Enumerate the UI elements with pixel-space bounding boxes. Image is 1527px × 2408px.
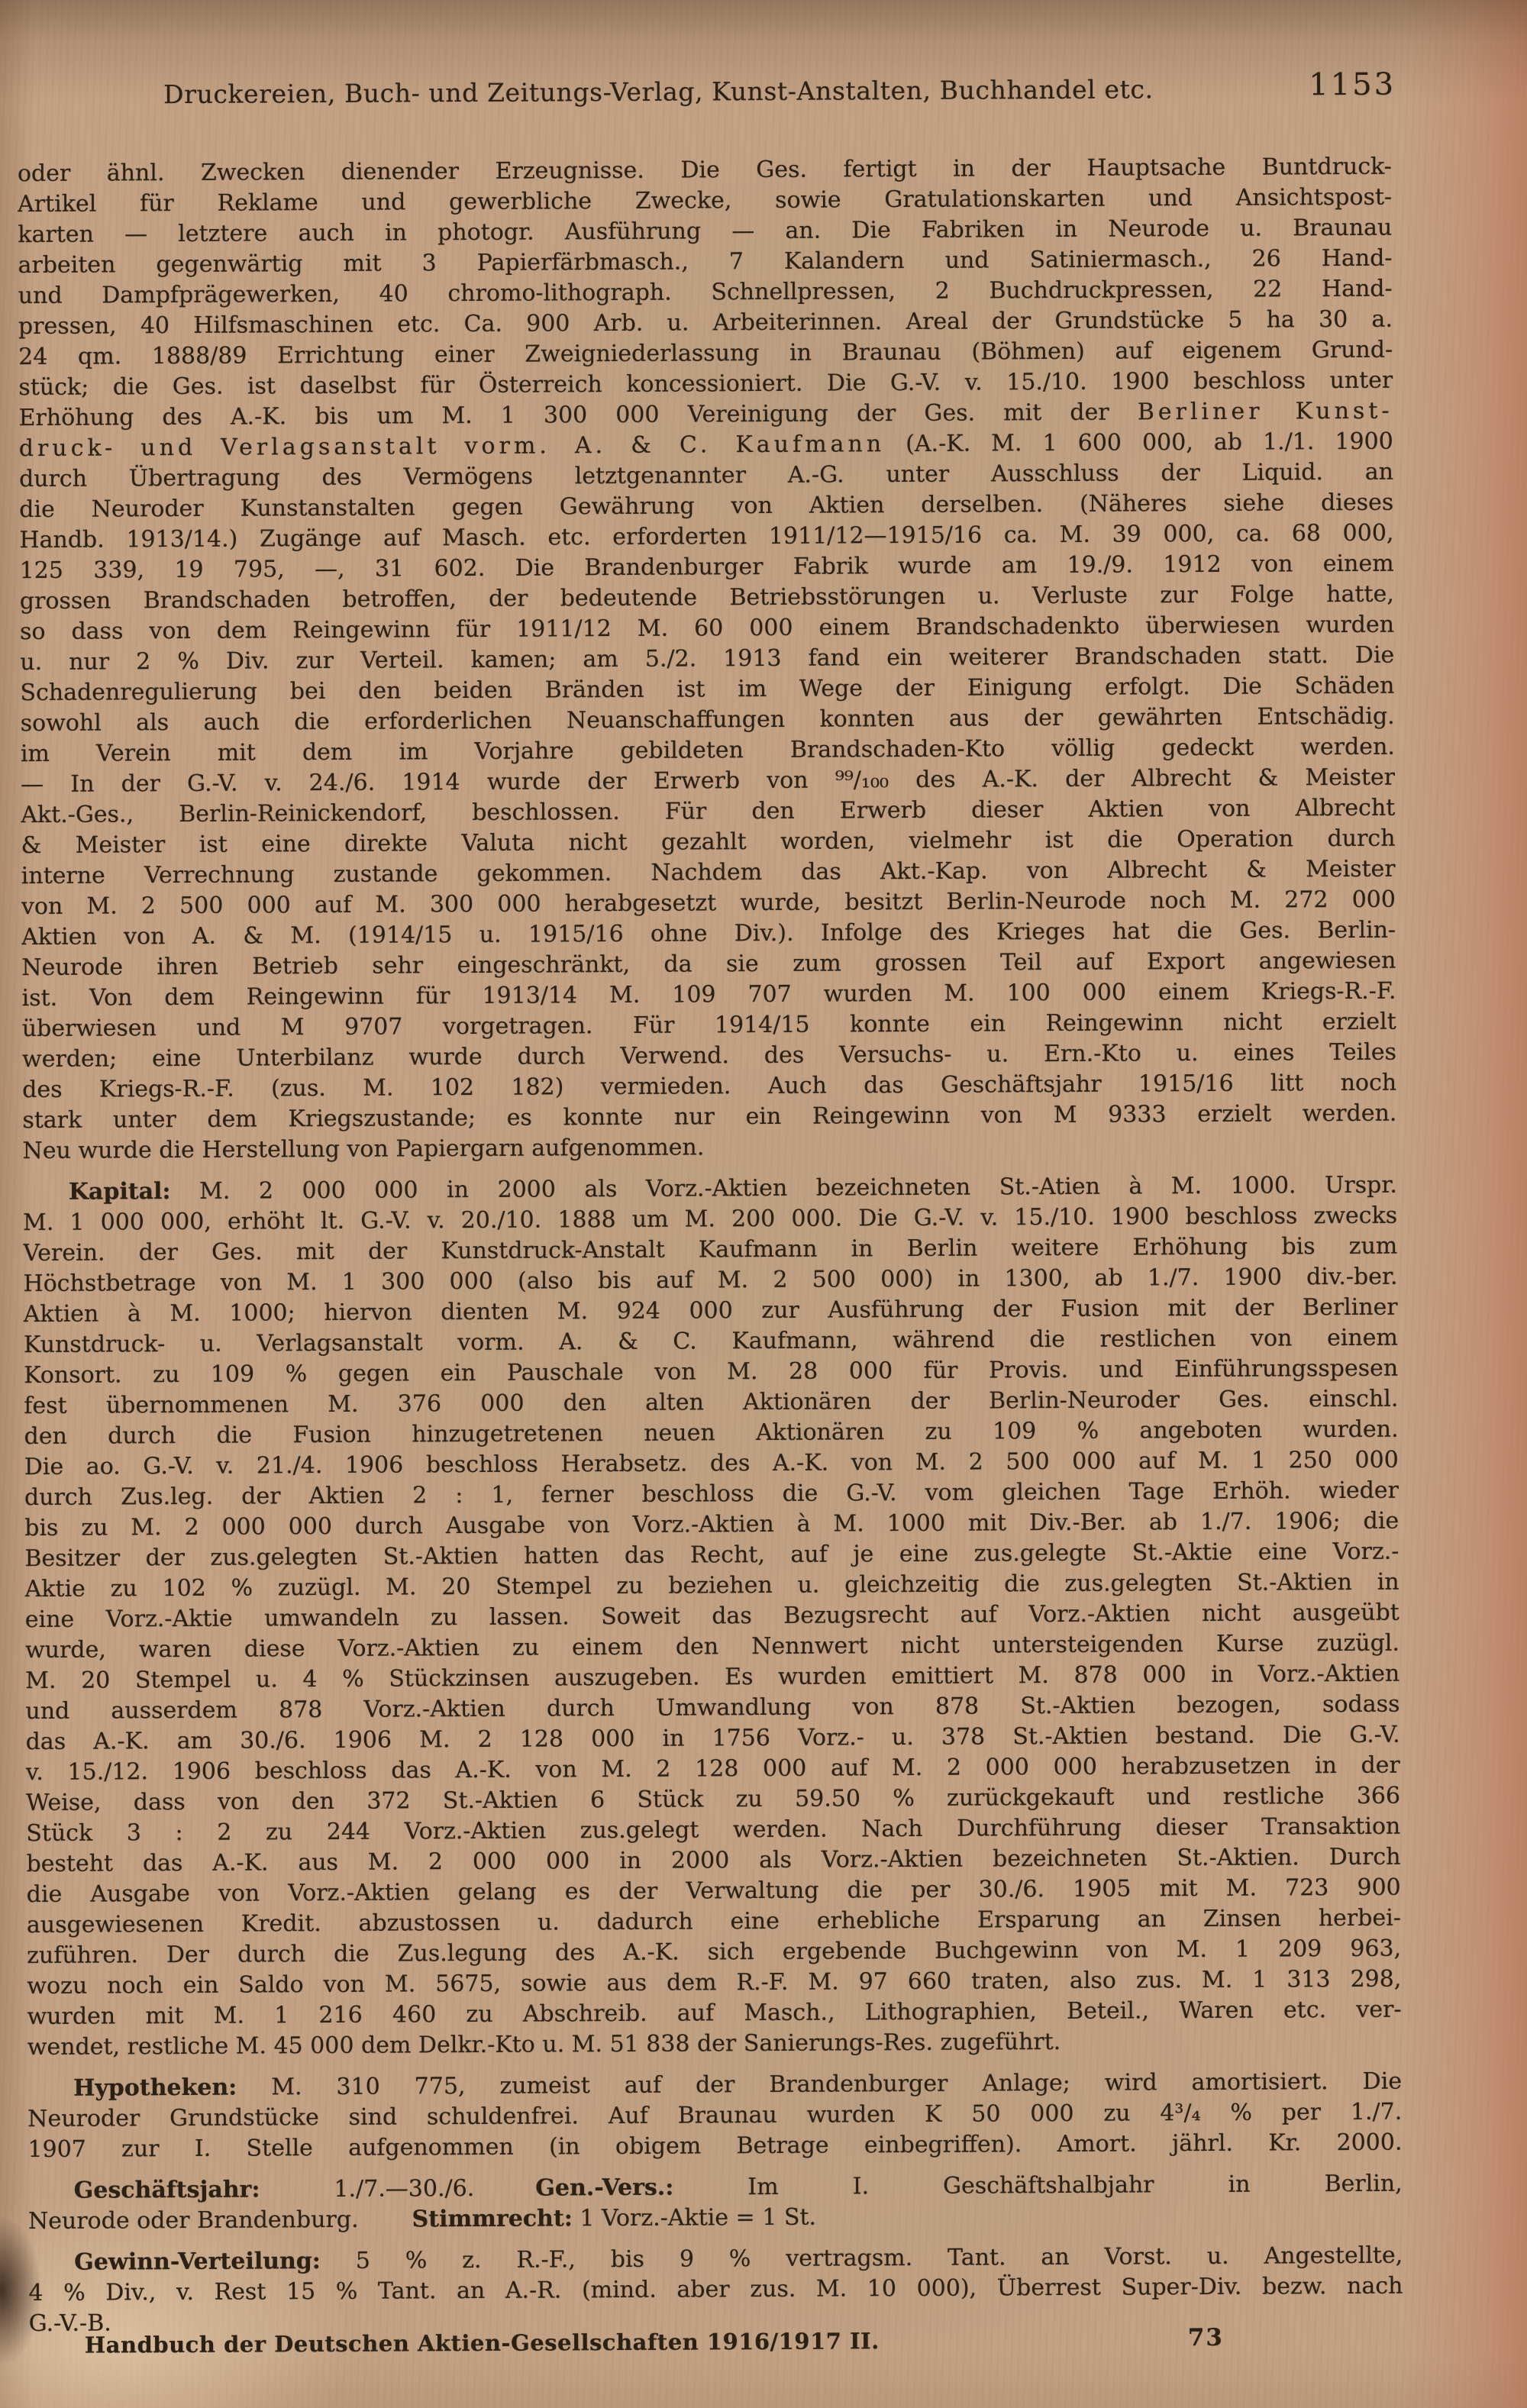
text-segment: pressen, 40 Hilfsmaschinen etc. Ca. 900 … xyxy=(18,306,1393,340)
text-segment: und Dampfprägewerken, 40 chromo-lithogra… xyxy=(18,276,1393,309)
text-segment: Schadenregulierung bei den beiden Brände… xyxy=(20,673,1394,706)
text-segment: interne Verrechnung zustande gekommen. N… xyxy=(21,856,1396,889)
column-gap xyxy=(359,2226,412,2226)
text-segment: stark unter dem Kriegszustande; es konnt… xyxy=(22,1100,1396,1134)
text-segment: und ausserdem 878 Vorz.-Aktien durch Umw… xyxy=(25,1691,1399,1725)
text-segment: Kunstdruck- u. Verlagsanstalt vorm. A. &… xyxy=(24,1325,1398,1358)
scanned-book-page: Druckereien, Buch- und Zeitungs-Verlag, … xyxy=(0,0,1527,2408)
text-segment: Aktien à M. 1000; hiervon dienten M. 924… xyxy=(24,1294,1398,1328)
text-line: Neurode oder Brandenburg.Stimmrecht: 1 V… xyxy=(28,2200,1403,2237)
text-segment: überwiesen und M 9707 vorgetragen. Für 1… xyxy=(22,1009,1396,1042)
text-line: Neu wurde die Herstellung von Papiergarn… xyxy=(23,1129,1397,1167)
text-segment: Neuroder Grundstücke sind schuldenfrei. … xyxy=(27,2099,1402,2132)
text-segment: Höchstbetrage von M. 1 300 000 (also bis… xyxy=(23,1264,1397,1297)
paragraph-continuation-business: oder ähnl. Zwecken dienender Erzeugnisse… xyxy=(18,152,1397,1167)
text-segment: M. 1 000 000, erhöht lt. G.-V. v. 20./10… xyxy=(23,1202,1397,1236)
text-segment: Besitzer der zus.gelegten St.-Aktien hat… xyxy=(24,1538,1399,1572)
letterspaced-name: Berliner Kunst- xyxy=(1138,398,1393,426)
bold-lead-word: Hypotheken: xyxy=(73,2074,237,2102)
text-segment: 1 Vorz.-Aktie = 1 St. xyxy=(573,2204,816,2232)
header-page-number: 1153 xyxy=(1309,67,1396,103)
text-segment: 4 % Div., v. Rest 15 % Tant. an A.-R. (m… xyxy=(28,2273,1403,2306)
text-segment: 1907 zur I. Stelle aufgenommen (in obige… xyxy=(27,2129,1402,2163)
running-header-title: Druckereien, Buch- und Zeitungs-Verlag, … xyxy=(17,73,1299,110)
text-segment: v. 15./12. 1906 beschloss das A.-K. von … xyxy=(26,1752,1400,1786)
text-segment: ist. Von dem Reingewinn für 1913/14 M. 1… xyxy=(21,978,1396,1012)
text-segment: durch Übertragung des Vermögens letztgen… xyxy=(19,459,1393,492)
text-segment: die Ausgabe von Vorz.-Aktien gelang es d… xyxy=(27,1874,1401,1908)
bold-lead-word: Gewinn-Verteilung: xyxy=(74,2248,321,2276)
paragraph-geschaeftsjahr: Geschäftsjahr: 1./7.—30./6.Gen.-Vers.: I… xyxy=(28,2169,1403,2237)
text-segment: Aktien von A. & M. (1914/15 u. 1915/16 o… xyxy=(21,917,1396,951)
bold-lead-word: Stimmrecht: xyxy=(412,2205,572,2232)
text-line: wendet, restliche M. 45 000 dem Delkr.-K… xyxy=(27,2025,1402,2063)
text-segment: Konsort. zu 109 % gegen ein Pauschale vo… xyxy=(24,1355,1398,1389)
text-segment: wurden mit M. 1 216 460 zu Abschreib. au… xyxy=(27,1996,1401,2030)
text-segment: das A.-K. am 30./6. 1906 M. 2 128 000 in… xyxy=(26,1722,1400,1755)
text-segment: bis zu M. 2 000 000 durch Ausgabe von Vo… xyxy=(24,1508,1399,1541)
text-segment: karten — letztere auch in photogr. Ausfü… xyxy=(18,215,1392,248)
text-segment: stück; die Ges. ist daselbst für Österre… xyxy=(18,367,1393,401)
text-segment: — In der G.-V. v. 24./6. 1914 wurde der … xyxy=(21,764,1395,798)
text-segment: oder ähnl. Zwecken dienender Erzeugnisse… xyxy=(18,153,1392,187)
text-segment: durch Zus.leg. der Aktien 2 : 1, ferner … xyxy=(24,1477,1399,1511)
text-segment: Neurode oder Brandenburg. xyxy=(28,2206,359,2235)
text-segment: (A.-K. M. 1 600 000, ab 1./1. 1900 xyxy=(885,428,1393,457)
bold-lead-word: Geschäftsjahr: xyxy=(74,2176,260,2203)
text-segment: Handb. 1913/14.) Zugänge auf Masch. etc.… xyxy=(19,520,1393,554)
text-segment: von M. 2 500 000 auf M. 300 000 herabges… xyxy=(21,886,1396,920)
text-segment: Verein. der Ges. mit der Kunstdruck-Anst… xyxy=(23,1233,1397,1267)
text-segment: M. 2 000 000 in 2000 als Vorz.-Aktien be… xyxy=(170,1172,1397,1205)
text-segment: die Neuroder Kunstanstalten gegen Gewähr… xyxy=(19,489,1393,523)
text-segment: grossen Brandschaden betroffen, der bede… xyxy=(20,581,1394,615)
text-segment: arbeiten gegenwärtig mit 3 Papierfärbmas… xyxy=(18,245,1392,279)
text-segment: M. 310 775, zumeist auf der Brandenburge… xyxy=(237,2068,1402,2101)
text-segment: Aktie zu 102 % zuzügl. M. 20 Stempel zu … xyxy=(25,1569,1399,1603)
text-segment: u. nur 2 % Div. zur Verteil. kamen; am 5… xyxy=(20,642,1394,676)
text-segment: besteht das A.-K. aus M. 2 000 000 in 20… xyxy=(26,1844,1400,1877)
text-segment: Erhöhung des A.-K. bis um M. 1 300 000 V… xyxy=(19,399,1138,431)
bold-lead-word: Gen.-Vers.: xyxy=(535,2174,673,2202)
text-segment: Stück 3 : 2 zu 244 Vorz.-Aktien zus.gele… xyxy=(26,1813,1400,1847)
text-segment: & Meister ist eine direkte Valuta nicht … xyxy=(21,825,1395,859)
paragraph-hypotheken: Hypotheken: M. 310 775, zumeist auf der … xyxy=(27,2067,1403,2165)
text-segment: Im I. Geschäftshalbjahr in Berlin, xyxy=(673,2171,1403,2201)
text-segment: den durch die Fusion hinzugetretenen neu… xyxy=(24,1416,1398,1450)
letterspaced-name: druck- und Verlagsanstalt vorm. A. & C. … xyxy=(19,431,886,462)
footer-imprint: Handbuch der Deutschen Aktien-Gesellscha… xyxy=(85,2328,880,2358)
text-segment: zuführen. Der durch die Zus.legung des A… xyxy=(27,1935,1401,1969)
text-segment: Artikel für Reklame und gewerbliche Zwec… xyxy=(18,184,1392,218)
bold-lead-word: Kapital: xyxy=(69,1178,171,1206)
text-line: 1907 zur I. Stelle aufgenommen (in obige… xyxy=(27,2128,1402,2165)
text-segment: 5 % z. R.-F., bis 9 % vertragsm. Tant. a… xyxy=(321,2242,1403,2274)
text-segment: fest übernommenen M. 376 000 den alten A… xyxy=(24,1386,1398,1419)
text-segment: so dass von dem Reingewinn für 1911/12 M… xyxy=(20,612,1394,645)
paragraph-kapital: Kapital: M. 2 000 000 in 2000 als Vorz.-… xyxy=(23,1170,1402,2063)
text-segment: werden; eine Unterbilanz wurde durch Ver… xyxy=(22,1039,1396,1073)
text-segment: ausgewiesenen Kredit. abzustossen u. dad… xyxy=(27,1905,1401,1938)
footer-signature-number: 73 xyxy=(1188,2324,1224,2352)
text-segment: eine Vorz.-Aktie umwandeln zu lassen. So… xyxy=(25,1599,1399,1633)
column-gap xyxy=(474,2195,535,2196)
text-segment: des Kriegs-R.-F. (zus. M. 102 182) vermi… xyxy=(22,1070,1396,1103)
text-segment: 1./7.—30./6. xyxy=(260,2175,474,2203)
text-segment: Neu wurde die Herstellung von Papiergarn… xyxy=(23,1134,705,1164)
text-segment: wozu noch ein Saldo von M. 5675, sowie a… xyxy=(27,1966,1401,2000)
text-segment: 24 qm. 1888/89 Errichtung einer Zweignie… xyxy=(18,337,1393,370)
text-segment: wendet, restliche M. 45 000 dem Delkr.-K… xyxy=(27,2029,1061,2061)
page-sheet: Druckereien, Buch- und Zeitungs-Verlag, … xyxy=(0,0,1527,2408)
text-segment: Neurode ihren Betrieb sehr eingeschränkt… xyxy=(21,947,1396,981)
text-segment: 125 339, 19 795, —, 31 602. Die Brandenb… xyxy=(20,550,1394,584)
text-segment: sowohl als auch die erforderlichen Neuan… xyxy=(21,703,1395,737)
text-segment: wurde, waren diese Vorz.-Aktien zu einem… xyxy=(25,1630,1399,1664)
text-segment: im Verein mit dem im Vorjahre gebildeten… xyxy=(21,734,1395,767)
text-segment: Akt.-Ges., Berlin-Reinickendorf, beschlo… xyxy=(21,795,1395,828)
text-segment: Weise, dass von den 372 St.-Aktien 6 Stü… xyxy=(26,1783,1400,1816)
text-column: oder ähnl. Zwecken dienender Erzeugnisse… xyxy=(18,152,1403,2339)
text-segment: M. 20 Stempel u. 4 % Stückzinsen auszuge… xyxy=(25,1661,1399,1694)
text-segment: Die ao. G.-V. v. 21./4. 1906 beschloss H… xyxy=(24,1447,1399,1480)
